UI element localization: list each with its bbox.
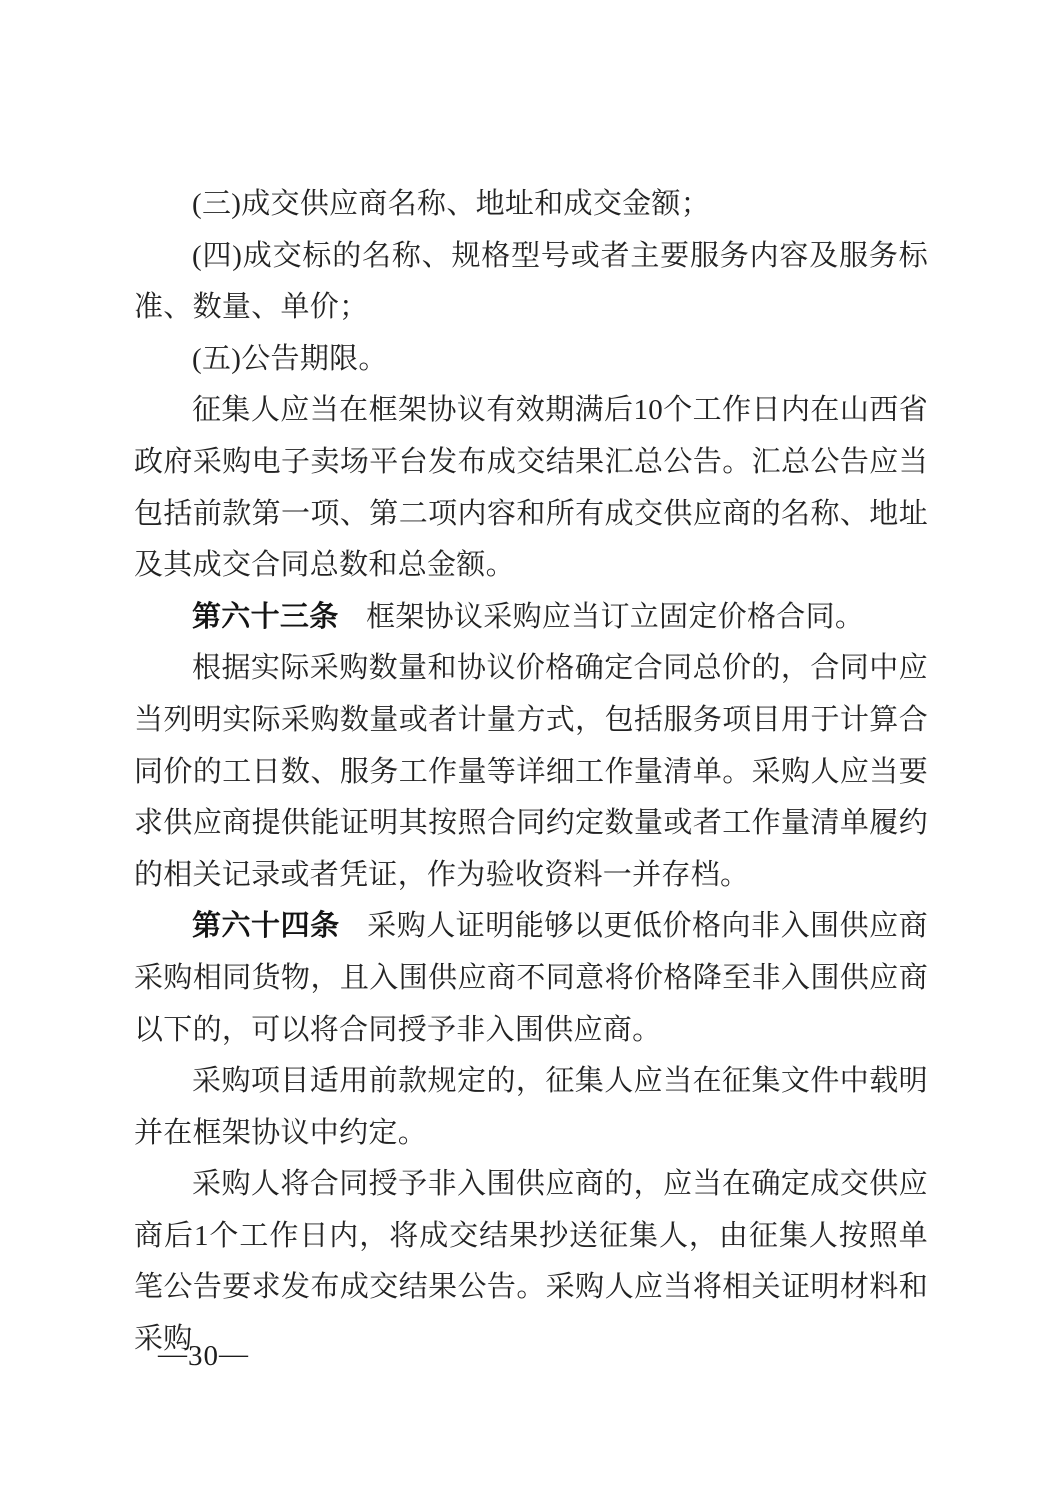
paragraph-text: 根据实际采购数量和协议价格确定合同总价的，合同中应当列明实际采购数量或者计量方式… <box>134 652 928 890</box>
document-body: (三)成交供应商名称、地址和成交金额； (四)成交标的名称、规格型号或者主要服务… <box>134 179 928 1366</box>
paragraph-text: 框架协议采购应当订立固定价格合同。 <box>366 601 864 633</box>
body-paragraph: 第六十三条框架协议采购应当订立固定价格合同。 <box>134 592 928 644</box>
document-page: (三)成交供应商名称、地址和成交金额； (四)成交标的名称、规格型号或者主要服务… <box>0 0 1060 1500</box>
paragraph-text: (五)公告期限。 <box>192 343 388 375</box>
paragraph-text: 采购人将合同授予非入围供应商的，应当在确定成交供应商后1个工作日内，将成交结果抄… <box>134 1168 928 1355</box>
paragraph-text: (四)成交标的名称、规格型号或者主要服务内容及服务标准、数量、单价； <box>134 240 928 324</box>
body-paragraph: 采购项目适用前款规定的，征集人应当在征集文件中载明并在框架协议中约定。 <box>134 1056 928 1159</box>
article-number-label: 第六十四条 <box>192 910 340 942</box>
body-paragraph: 根据实际采购数量和协议价格确定合同总价的，合同中应当列明实际采购数量或者计量方式… <box>134 643 928 901</box>
article-number-label: 第六十三条 <box>192 601 339 633</box>
paragraph-text: 采购项目适用前款规定的，征集人应当在征集文件中载明并在框架协议中约定。 <box>134 1065 928 1149</box>
page-number-dash-left: — <box>158 1338 188 1370</box>
body-paragraph: 征集人应当在框架协议有效期满后10个工作日内在山西省政府采购电子卖场平台发布成交… <box>134 385 928 591</box>
page-number-value: 30 <box>188 1340 219 1372</box>
paragraph-text: 征集人应当在框架协议有效期满后10个工作日内在山西省政府采购电子卖场平台发布成交… <box>134 394 928 581</box>
body-paragraph: 采购人将合同授予非入围供应商的，应当在确定成交供应商后1个工作日内，将成交结果抄… <box>134 1159 928 1365</box>
body-paragraph: (三)成交供应商名称、地址和成交金额； <box>134 179 928 231</box>
body-paragraph: (四)成交标的名称、规格型号或者主要服务内容及服务标准、数量、单价； <box>134 231 928 334</box>
body-paragraph: 第六十四条采购人证明能够以更低价格向非入围供应商采购相同货物，且入围供应商不同意… <box>134 901 928 1056</box>
page-number: —30— <box>158 1336 249 1376</box>
paragraph-text: (三)成交供应商名称、地址和成交金额； <box>192 188 710 220</box>
page-number-dash-right: — <box>219 1338 249 1370</box>
body-paragraph: (五)公告期限。 <box>134 334 928 386</box>
